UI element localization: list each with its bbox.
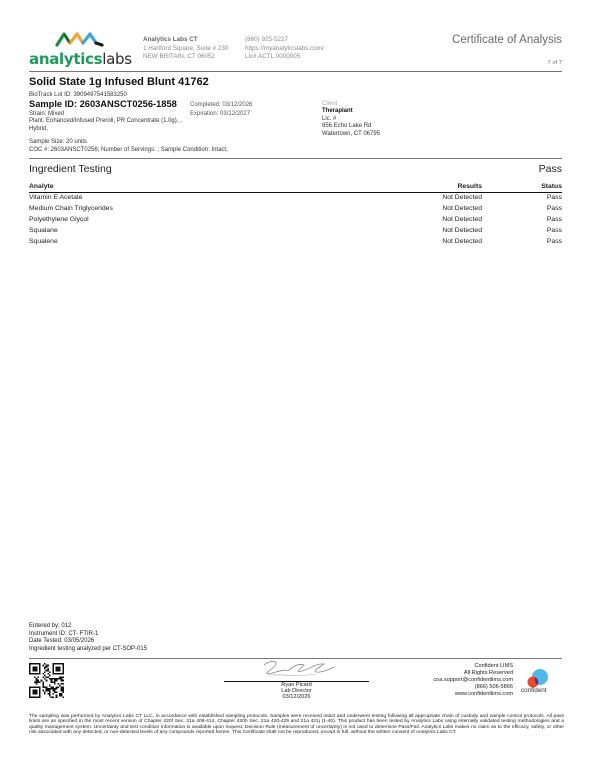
table-row: Polyethylene GlycolNot DetectedPass [29, 215, 562, 226]
client-address-line1: 856 Echo Lake Rd [322, 123, 380, 130]
page-number: 7 of 7 [547, 60, 562, 66]
product-title: Solid State 1g Infused Blunt 41762 [29, 76, 209, 88]
table-body: Vitamin E AcetateNot DetectedPassMedium … [29, 193, 562, 248]
table-row: SqualeneNot DetectedPass [29, 237, 562, 248]
analyte-cell: Medium Chain Triglycerides [29, 205, 113, 212]
document-title: Certificate of Analysis [452, 34, 562, 46]
column-status: Status [541, 183, 562, 190]
result-cell: Not Detected [442, 227, 482, 234]
result-cell: Not Detected [442, 194, 482, 201]
sample-size: Sample Size: 20 units [29, 139, 228, 147]
lims-name: Confident LIMS [433, 663, 513, 670]
status-cell: Pass [547, 227, 562, 234]
signoff-date: 03/12/2026 [224, 694, 369, 700]
analytics-labs-logo: analyticslabs [29, 30, 133, 70]
lims-website[interactable]: www.confidentlims.com [433, 691, 513, 698]
analyte-cell: Vitamin E Acetate [29, 194, 83, 201]
status-cell: Pass [547, 216, 562, 223]
signer-block: Ryan Picard Lab Director 03/12/2026 [224, 682, 369, 701]
client-name: Theraplant [322, 108, 380, 115]
results-table: Analyte Results Status Vitamin E Acetate… [29, 183, 562, 248]
product-category: Plant, Enhanced/Infused Preroll, PR Conc… [29, 118, 189, 133]
lab-license: Lic# ACTL.0000005 [245, 53, 324, 62]
table-row: Vitamin E AcetateNot DetectedPass [29, 193, 562, 204]
completed-date: Completed: 03/12/2026 [190, 101, 252, 110]
lab-website[interactable]: https://myanalyticslabs.com/ [245, 45, 324, 54]
qr-code-icon[interactable] [29, 663, 64, 698]
expiration-date: Expiration: 03/12/2027 [190, 110, 252, 119]
biotrack-lot-id: BioTrack Lot ID: 3909497541583250 [29, 92, 127, 98]
sample-details: Sample Size: 20 units COC #: 2603ANSCT02… [29, 139, 228, 154]
status-cell: Pass [547, 238, 562, 245]
status-cell: Pass [547, 194, 562, 201]
instrument-id: Instrument ID: CT- FTIR-1 [29, 631, 147, 639]
section-title: Ingredient Testing [29, 163, 112, 175]
lims-info: Confident LIMS All Rights Reserved coa.s… [433, 663, 513, 698]
product-divider [29, 158, 562, 159]
lab-name: Analytics Labs CT [143, 36, 228, 45]
lab-address-line1: 1 Hartford Square, Suite # 230 [143, 45, 228, 54]
column-analyte: Analyte [29, 183, 54, 190]
header-divider [29, 71, 562, 72]
lims-rights: All Rights Reserved [433, 670, 513, 677]
table-row: Medium Chain TriglyceridesNot DetectedPa… [29, 204, 562, 215]
entered-by: Entered by: 012 [29, 623, 147, 631]
column-results: Results [457, 183, 482, 190]
result-cell: Not Detected [442, 216, 482, 223]
analyte-cell: Squalene [29, 238, 58, 245]
table-row: SqualaneNot DetectedPass [29, 226, 562, 237]
section-status: Pass [539, 163, 562, 175]
dates: Completed: 03/12/2026 Expiration: 03/12/… [190, 101, 252, 118]
result-cell: Not Detected [442, 205, 482, 212]
lab-contact: (860) 925-5227 https://myanalyticslabs.c… [245, 36, 324, 62]
lab-address-line2: NEW BRITAIN, CT 06052 [143, 53, 228, 62]
client-license: Lic. # [322, 116, 380, 123]
confident-wordmark: confident [521, 687, 547, 694]
status-cell: Pass [547, 205, 562, 212]
strain: Strain: Mixed [29, 111, 189, 118]
client-block: Client Theraplant Lic. # 856 Echo Lake R… [322, 101, 380, 138]
lims-email[interactable]: coa.support@confidentlims.com [433, 677, 513, 684]
lab-address: Analytics Labs CT 1 Hartford Square, Sui… [143, 36, 228, 62]
method: Ingredient testing analyzed per CT-SOP-0… [29, 646, 147, 654]
coc-line: COC #: 2603ANSCT0256; Number of Servings… [29, 147, 228, 155]
result-cell: Not Detected [442, 238, 482, 245]
client-address-line2: Watertown, CT 06795 [322, 131, 380, 138]
entry-info: Entered by: 012 Instrument ID: CT- FTIR-… [29, 623, 147, 653]
analyte-cell: Polyethylene Glycol [29, 216, 89, 223]
disclaimer: The sampling was performed by Analytics … [29, 714, 564, 735]
sample-id: Sample ID: 2603ANSCT0256-1858 [29, 99, 177, 109]
analyte-cell: Squalane [29, 227, 58, 234]
date-tested: Date Tested: 03/05/2026 [29, 638, 147, 646]
client-label: Client [322, 101, 380, 108]
lims-phone: (866) 506-5866 [433, 684, 513, 691]
zigzag-mountain-logo-icon [55, 30, 107, 48]
table-header: Analyte Results Status [29, 183, 562, 193]
logo-wordmark: analyticslabs [29, 50, 132, 68]
signature-icon [258, 657, 338, 681]
coa-page: analyticslabs Analytics Labs CT 1 Hartfo… [0, 0, 594, 774]
strain-info: Strain: Mixed Plant, Enhanced/Infused Pr… [29, 111, 189, 133]
lab-phone: (860) 925-5227 [245, 36, 324, 45]
